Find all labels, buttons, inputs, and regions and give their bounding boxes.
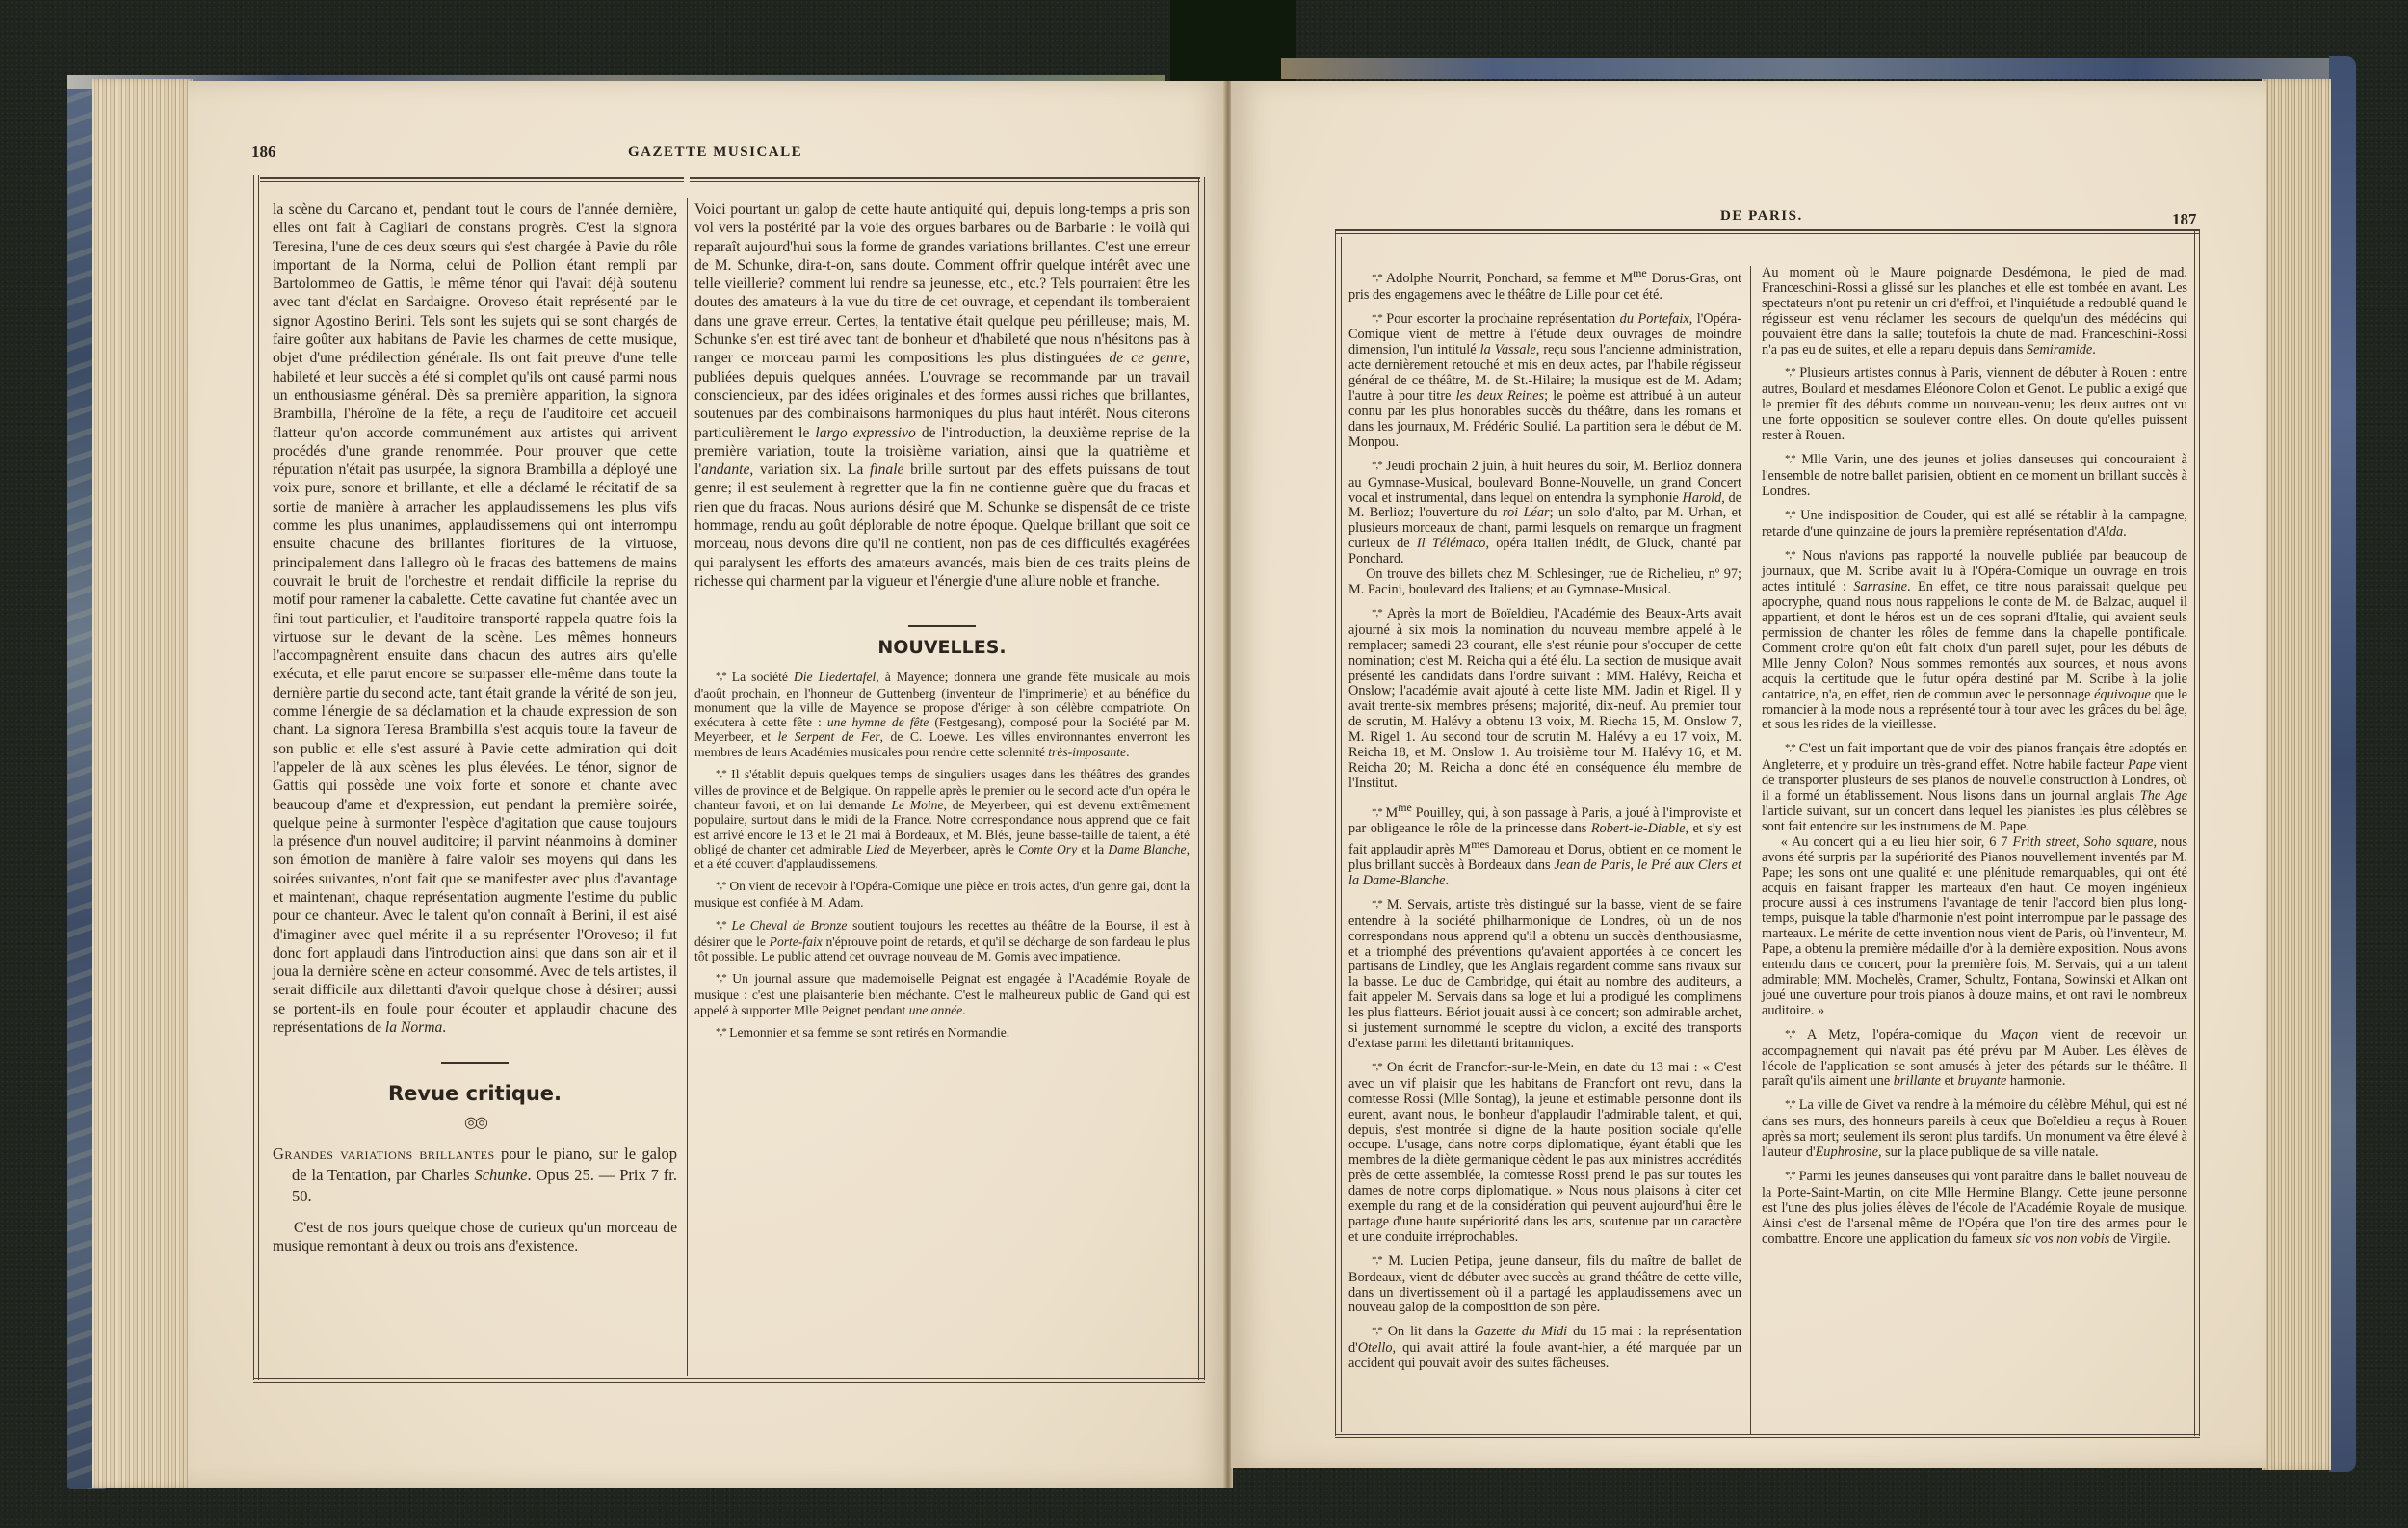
page-number-left: 186 — [251, 143, 276, 162]
page-edges-right — [2262, 79, 2331, 1470]
asterism-icon: *,* — [1785, 1028, 1795, 1040]
asterism-icon: *,* — [1785, 509, 1795, 520]
frame-right-border-left-page — [1198, 177, 1199, 1380]
asterism-icon: *,* — [716, 972, 726, 984]
section-divider — [441, 1062, 509, 1064]
review-entry-title: Grandes variations brillantes pour le pi… — [273, 1144, 677, 1207]
asterism-icon: *,* — [1372, 1061, 1382, 1072]
header-rule-left-col1 — [260, 177, 684, 182]
header-rule-left-col2 — [690, 177, 1200, 182]
header-rule-right — [1335, 229, 2200, 234]
left-page-column-1: la scène du Carcano et, pendant tout le … — [273, 200, 677, 1256]
asterism-icon: *,* — [1785, 549, 1795, 561]
asterism-icon: *,* — [1785, 1170, 1795, 1181]
frame-left-border-inner-right-page — [1341, 237, 1342, 1432]
news-item: *,* On lit dans la Gazette du Midi du 15… — [1348, 1325, 1741, 1372]
news-item: *,* Nous n'avions pas rapporté la nouvel… — [1762, 549, 2187, 734]
news-item: *,* On vient de recevoir à l'Opéra-Comiq… — [694, 879, 1190, 909]
news-item: *,* Jeudi prochain 2 juin, à huit heures… — [1348, 460, 1741, 598]
news-item: *,* Parmi les jeunes danseuses qui vont … — [1762, 1170, 2187, 1248]
news-item: *,* Mme Pouilley, qui, à son passage à P… — [1348, 801, 1741, 889]
news-item: *,* Une indisposition de Couder, qui est… — [1762, 509, 2187, 540]
asterism-icon: *,* — [1372, 312, 1382, 324]
asterism-icon: *,* — [1785, 453, 1795, 464]
book-spine-gap — [1170, 0, 1296, 85]
column-separator-left-page — [687, 198, 688, 1376]
page-edges-left — [92, 79, 193, 1488]
section-heading-nouvelles: NOUVELLES. — [694, 639, 1190, 657]
frame-right-border-outer-left-page — [1204, 177, 1205, 1380]
right-page-column-2: Au moment où le Maure poignarde Desdémon… — [1762, 266, 2187, 1255]
running-head-left: GAZETTE MUSICALE — [628, 145, 802, 161]
asterism-icon: *,* — [1372, 607, 1382, 619]
asterism-icon: *,* — [1372, 1325, 1382, 1336]
news-item: *,* On écrit de Francfort-sur-le-Mein, e… — [1348, 1061, 1741, 1246]
frame-left-border-right-page — [1335, 231, 1336, 1436]
right-page-column-1: *,* Adolphe Nourrit, Ponchard, sa femme … — [1348, 266, 1741, 1381]
news-item: *,* Adolphe Nourrit, Ponchard, sa femme … — [1348, 266, 1741, 303]
news-item: *,* M. Servais, artiste très distingué s… — [1348, 898, 1741, 1052]
news-item: *,* Après la mort de Boïeldieu, l'Académ… — [1348, 607, 1741, 792]
asterism-icon: *,* — [1372, 460, 1382, 471]
news-item: *,* Mlle Varin, une des jeunes et jolies… — [1762, 453, 2187, 500]
frame-bottom-left-page — [253, 1378, 1205, 1383]
article-norma-pavie: la scène du Carcano et, pendant tout le … — [273, 200, 677, 1037]
asterism-icon: *,* — [716, 1026, 726, 1038]
news-item: *,* Lemonnier et sa femme se sont retiré… — [694, 1025, 1190, 1041]
page-number-right: 187 — [2172, 210, 2197, 229]
news-item: *,* Il s'établit depuis quelques temps d… — [694, 767, 1190, 871]
news-item: *,* C'est un fait important que de voir … — [1762, 742, 2187, 1018]
asterism-icon: *,* — [1372, 272, 1382, 283]
left-page-column-2: Voici pourtant un galop de cette haute a… — [694, 200, 1190, 1049]
section-heading-revue-critique: Revue critique. — [273, 1085, 677, 1103]
nouvelles-list: *,* La société Die Liedertafel, à Mayenc… — [694, 670, 1190, 1041]
frame-bottom-right-page — [1335, 1434, 2200, 1438]
asterism-icon: *,* — [716, 671, 726, 682]
asterism-icon: *,* — [1372, 806, 1382, 818]
ornament-icon: ◎◎ — [273, 1114, 677, 1132]
news-item: *,* Plusieurs artistes connus à Paris, v… — [1762, 366, 2187, 444]
section-divider — [908, 625, 976, 627]
news-item: *,* La ville de Givet va rendre à la mém… — [1762, 1098, 2187, 1161]
news-item: *,* Un journal assure que mademoiselle P… — [694, 971, 1190, 1017]
marbled-cover-right-top-edge — [1281, 58, 2350, 79]
news-item: *,* Pour escorter la prochaine représent… — [1348, 312, 1741, 451]
news-item: *,* M. Lucien Petipa, jeune danseur, fil… — [1348, 1254, 1741, 1317]
asterism-icon: *,* — [716, 919, 726, 931]
asterism-icon: *,* — [1785, 366, 1795, 378]
asterism-icon: *,* — [1785, 742, 1795, 753]
frame-left-border — [253, 175, 259, 1380]
marbled-cover-right — [2329, 56, 2356, 1472]
review-continuation: Voici pourtant un galop de cette haute a… — [694, 200, 1190, 591]
running-head-right: DE PARIS. — [1720, 208, 1803, 224]
news-item: *,* La société Die Liedertafel, à Mayenc… — [694, 670, 1190, 759]
review-intro: C'est de nos jours quelque chose de curi… — [273, 1219, 677, 1256]
asterism-icon: *,* — [716, 880, 726, 891]
news-item: *,* A Metz, l'opéra-comique du Maçon vie… — [1762, 1028, 2187, 1091]
frame-right-border-right-page — [2194, 231, 2200, 1436]
asterism-icon: *,* — [1372, 1254, 1382, 1266]
news-item-continuation: Au moment où le Maure poignarde Desdémon… — [1762, 266, 2187, 357]
column-separator-right-page — [1750, 266, 1751, 1434]
asterism-icon: *,* — [1785, 1098, 1795, 1110]
asterism-icon: *,* — [716, 768, 726, 779]
news-item: *,* Le Cheval de Bronze soutient toujour… — [694, 918, 1190, 964]
asterism-icon: *,* — [1372, 898, 1382, 909]
